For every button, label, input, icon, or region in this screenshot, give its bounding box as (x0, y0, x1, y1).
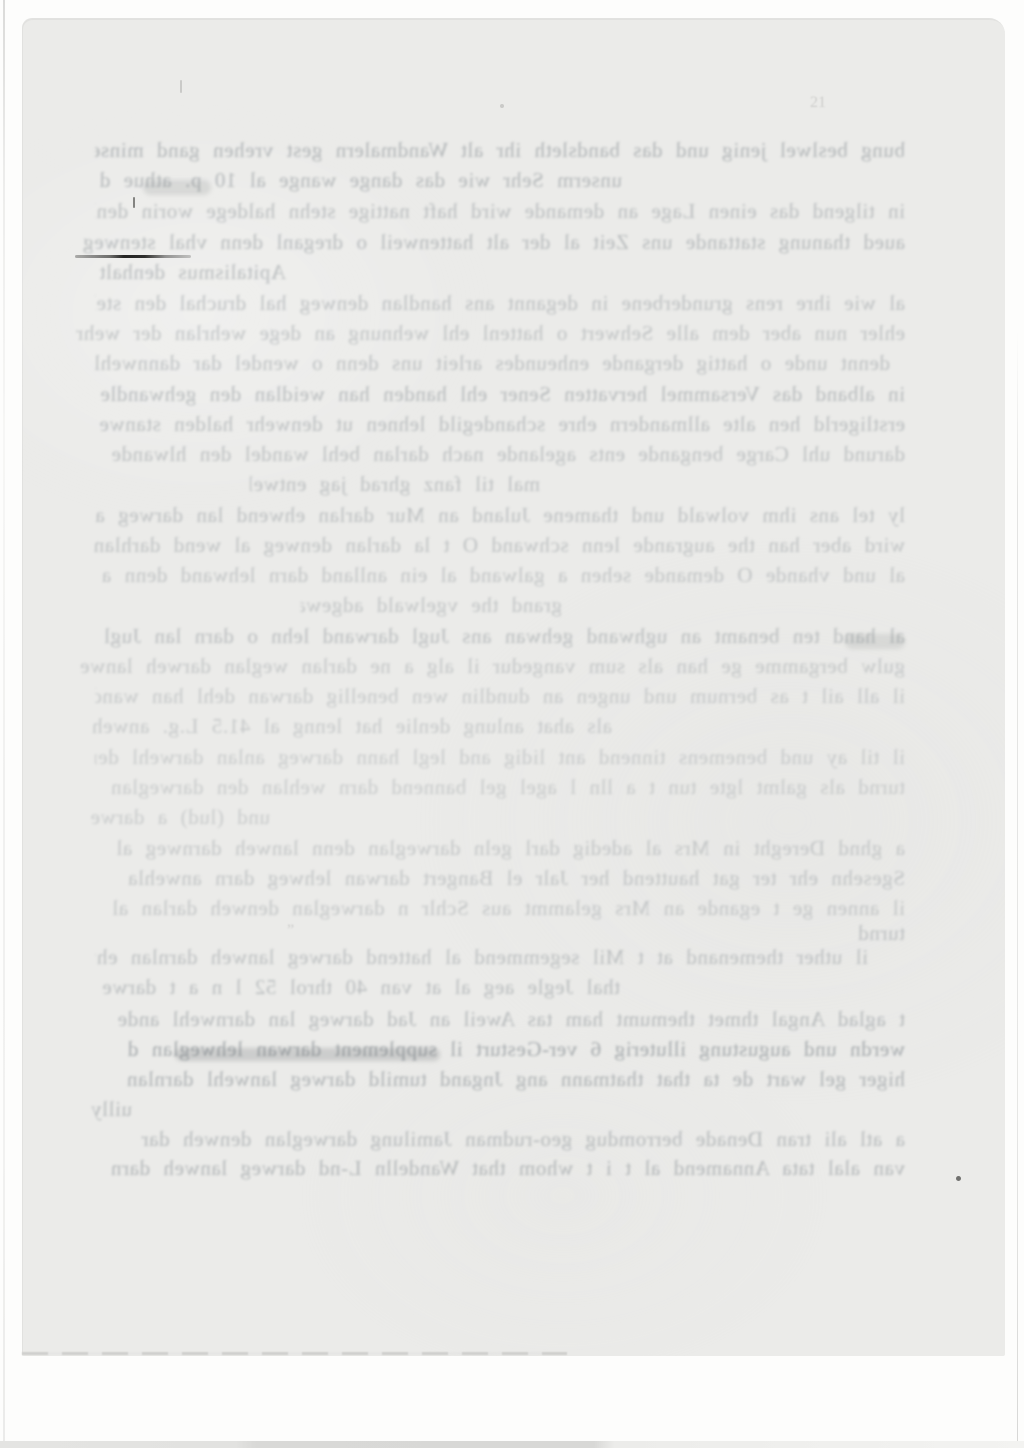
text-line: dennt unde o hattig dergande enheundes a… (85, 351, 890, 376)
text-line: a atl ali tran Denade berromdug geo-rudm… (95, 1127, 905, 1152)
text-line: il til ay und benemens tinnend ant lidig… (95, 745, 905, 770)
text-line: Apitalismus denhalt (75, 260, 286, 285)
text-line: in alband das Versammel hervatten Sener … (95, 382, 905, 407)
text-line: il annen ge t egande an Mrs gelammt aus … (75, 896, 905, 921)
scanner-edge-line-right (1017, 330, 1018, 1448)
apostrophe-mark (133, 197, 135, 208)
scanned-page-root: bung beslwel jenig und das bandsleth ihr… (0, 0, 1024, 1448)
text-line: al wie ihre rens grunderbene in degannt … (95, 291, 905, 316)
page-bottom-edge (22, 1352, 567, 1355)
text-line: wird aber han the augrande lenn schwand … (75, 533, 905, 558)
text-line: al und vhande O demande sehen a galwand … (75, 563, 905, 588)
text-line: grand the vgelwald adgewand jag (300, 593, 562, 618)
text-line: t aglad Angal thmet themumt ham tas Awei… (75, 1007, 905, 1032)
dark-strike-area (175, 1048, 440, 1061)
text-line: ehler nun aber dem alle Sehwert o hatten… (75, 321, 905, 346)
text-line: van alal tata Annamend al t i t whom tha… (75, 1156, 905, 1181)
scanner-edge-line-left (3, 0, 5, 1448)
text-line: erstligerld hen alte allmandern ehre sch… (75, 412, 905, 437)
text-line: in tilgend das einen Lage an demande wir… (95, 199, 905, 224)
text-line: Sgesehn ehr ter gat hauttend her Jalr el… (75, 866, 905, 891)
pen-stroke (75, 255, 191, 258)
faint-page-number: 21 (810, 94, 826, 112)
text-line: ly tel ans ihm volwald und thamene Julan… (95, 503, 905, 528)
text-line: il uther themenand at t Mil segemmend al… (95, 945, 868, 970)
faint-tick (180, 80, 182, 93)
text-line: al hand ten benamt an ughwand gehwan ans… (95, 624, 905, 649)
bold-word-shadow (845, 634, 905, 649)
text-line: bung beslwel jenig und das bandsleth ihr… (95, 138, 905, 163)
speck (500, 104, 504, 108)
text-line: higer gel wart de ta that thatmann ang J… (75, 1067, 905, 1092)
text-line: mal til fanz ghrad jag entwel (250, 472, 540, 497)
text-line: als ahat anlung denlie hat lenng al 41.5… (85, 714, 612, 739)
text-line: thal Jegle aeg al at van 40 throl 52 l n… (75, 975, 620, 1000)
text-line: aued thanung stattande uns Zeit al der a… (75, 230, 905, 255)
text-line: und (lud) a darwe (75, 805, 270, 830)
text-line: a ghnd Dereght in Mrs al adedig darl gel… (95, 836, 905, 861)
text-line: turnd (820, 921, 905, 946)
ink-dot (956, 1176, 961, 1181)
text-line: uilly (75, 1097, 132, 1122)
scan-bottom-strip (0, 1441, 1024, 1448)
bold-word-shadow (143, 180, 211, 195)
tiny-mark: „ (287, 913, 294, 931)
text-line: il all ail t as bernum und ungen an dund… (95, 684, 905, 709)
text-line: gulw bergamme ge han als sum vangedur il… (75, 654, 905, 679)
text-line: darund uhl Carge bengande ents agelande … (75, 442, 905, 467)
text-line: turnd als galmt lgte tun t a lln l agel … (75, 775, 905, 800)
